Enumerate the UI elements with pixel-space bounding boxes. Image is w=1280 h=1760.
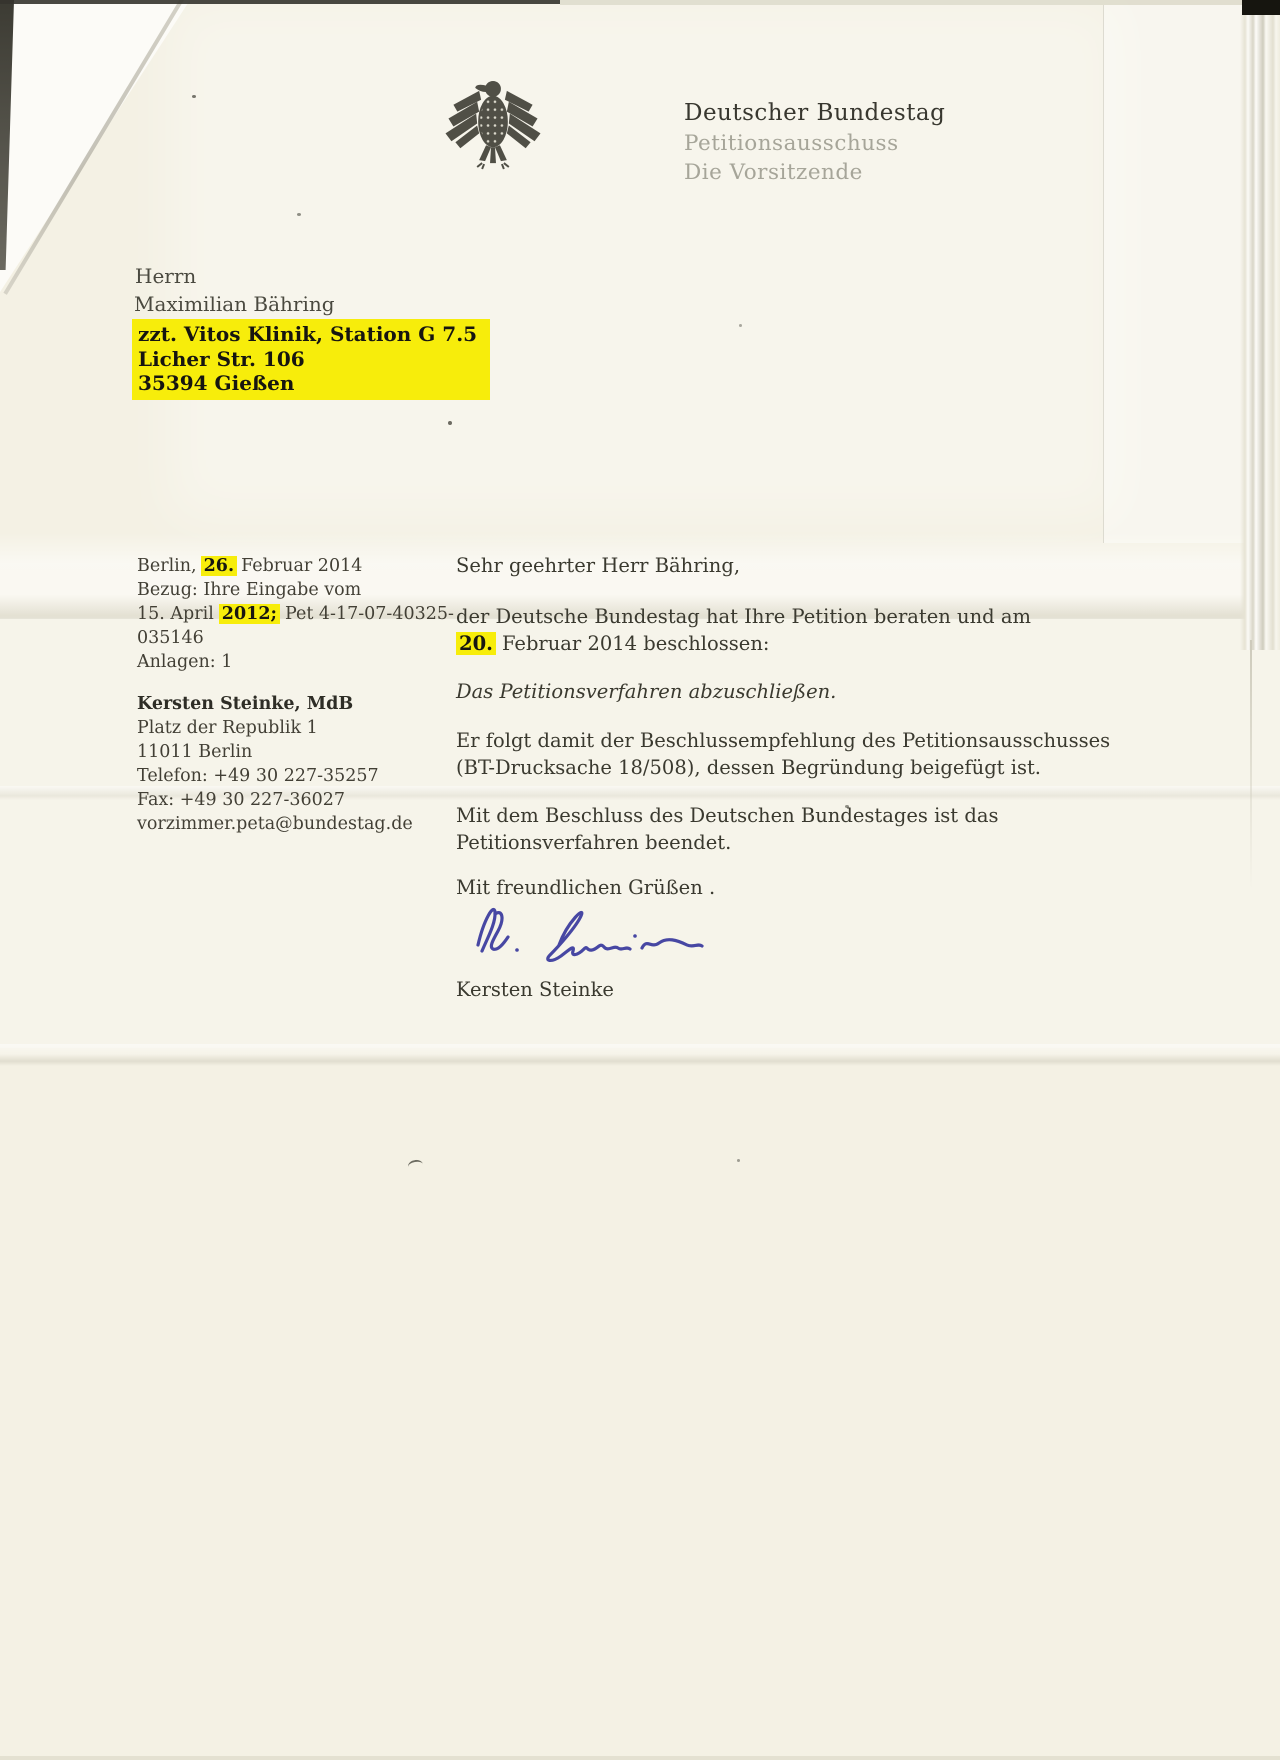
body-decision-italic: Das Petitionsverfahren abzuschließen. <box>456 680 836 703</box>
contact-fax: Fax: +49 30 227-36027 <box>137 790 345 810</box>
scan-speck <box>192 95 196 98</box>
scanned-letter-page: Deutscher Bundestag Petitionsausschuss D… <box>0 0 1280 1760</box>
meta-ref-number-1: Pet 4-17-07-40325- <box>285 604 454 624</box>
body-paragraph1-line1: der Deutsche Bundestag hat Ihre Petition… <box>456 605 1031 628</box>
body-paragraph1-line2-rest: Februar 2014 beschlossen: <box>502 632 770 655</box>
scan-speck <box>448 421 452 425</box>
highlighted-address-line: 35394 Gießen <box>138 371 484 396</box>
scan-dark-top-edge <box>0 0 560 4</box>
contact-email: vorzimmer.peta@bundestag.de <box>137 814 413 834</box>
meta-city: Berlin, <box>137 556 197 576</box>
highlighted-address-line: zzt. Vitos Klinik, Station G 7.5 <box>138 322 484 347</box>
meta-year-highlight: 2012; <box>219 604 280 624</box>
body-salutation: Sehr geehrter Herr Bähring, <box>456 554 740 577</box>
scan-crease-band-bottom <box>0 1044 1280 1066</box>
highlighted-address-line: Licher Str. 106 <box>138 347 484 372</box>
scan-bottom-edge <box>0 1756 1280 1760</box>
body-paragraph2-line1: Er folgt damit der Beschlussempfehlung d… <box>456 729 1110 752</box>
scan-speck <box>739 324 742 327</box>
meta-day-highlight: 26. <box>201 556 237 576</box>
meta-ref-intro: Bezug: Ihre Eingabe vom <box>137 580 361 600</box>
signature-handwriting <box>462 893 714 977</box>
meta-date-rest: Februar 2014 <box>241 556 362 576</box>
body-paragraph3-line1: Mit dem Beschluss des Deutschen Bundesta… <box>456 804 998 827</box>
scan-page-edge-fade <box>1250 640 1252 890</box>
letterhead-dept: Petitionsausschuss <box>684 131 899 156</box>
scan-speck <box>737 1159 740 1162</box>
contact-street: Platz der Republik 1 <box>137 718 318 738</box>
contact-city: 11011 Berlin <box>137 742 252 762</box>
contact-phone: Telefon: +49 30 227-35257 <box>137 766 379 786</box>
scan-light-blotch <box>170 0 1120 520</box>
body-paragraph3-line2: Petitionsverfahren beendet. <box>456 831 731 854</box>
contact-name: Kersten Steinke, MdB <box>137 694 353 714</box>
body-paragraph2-line2: (BT-Drucksache 18/508), dessen Begründun… <box>456 756 1041 779</box>
scan-black-corner-mark <box>1242 0 1280 15</box>
body-day-highlight: 20. <box>456 632 496 655</box>
meta-enclosures: Anlagen: 1 <box>137 652 232 672</box>
signer-name: Kersten Steinke <box>456 978 614 1001</box>
scan-speck <box>297 213 301 216</box>
meta-ref-line: 15. April2012;Pet 4-17-07-40325- <box>137 604 454 624</box>
bundesadler-eagle-icon <box>443 75 543 170</box>
meta-ref-prefix: 15. April <box>137 604 214 624</box>
letterhead-org: Deutscher Bundestag <box>684 100 945 126</box>
scan-page-stack-edge <box>1240 10 1280 650</box>
scan-under-sheet-edge <box>1103 5 1253 543</box>
meta-ref-number-2: 035146 <box>137 628 204 648</box>
recipient-highlighted-address: zzt. Vitos Klinik, Station G 7.5 Licher … <box>132 319 490 400</box>
recipient-name: Maximilian Bähring <box>134 292 335 316</box>
scan-pale-top-edge <box>560 0 1280 5</box>
meta-date-line: Berlin,26.Februar 2014 <box>137 556 362 576</box>
body-paragraph1-line2: 20.Februar 2014 beschlossen: <box>456 632 769 655</box>
letterhead-role: Die Vorsitzende <box>684 160 863 185</box>
scan-pen-squiggle <box>407 1159 424 1172</box>
recipient-salutation: Herrn <box>135 264 196 288</box>
